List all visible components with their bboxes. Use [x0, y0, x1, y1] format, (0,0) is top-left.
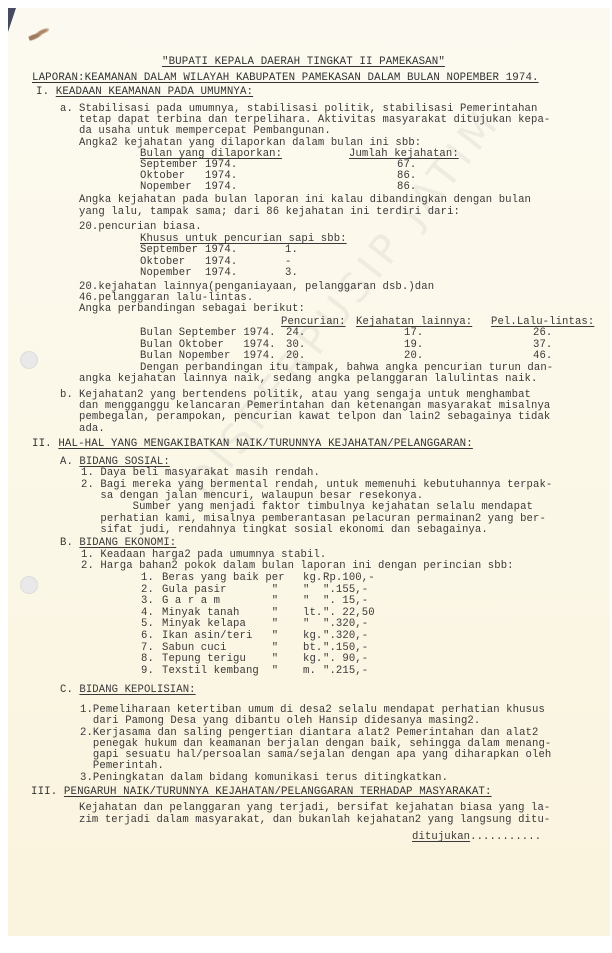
paragraph-line: Pemerintah.	[80, 761, 164, 772]
price-item-unit: kg.	[303, 631, 322, 642]
price-item-name: Gula pasir "	[162, 585, 278, 596]
price-item-value: ".320,-	[323, 619, 368, 630]
section-title: PENGARUH NAIK/TURUNNYA KEJAHATAN/PELANGG…	[64, 786, 492, 798]
table-cell: 17.	[404, 328, 423, 339]
subsection-title: BIDANG EKONOMI:	[79, 537, 176, 549]
document-title: "BUPATI KEPALA DAERAH TINGKAT II PAMEKAS…	[162, 57, 445, 68]
table-cell: 46.	[533, 351, 552, 362]
table-cell: 26.	[533, 328, 552, 339]
price-item-value: ".320,-	[323, 631, 368, 642]
table-cell: Nopember	[140, 268, 192, 279]
table-cell: 20.	[286, 351, 305, 362]
paragraph-line: yang lalu, tampak sama; dari 86 kejahata…	[79, 207, 460, 218]
report-subject: LAPORAN:KEAMANAN DALAM WILAYAH KABUPATEN…	[32, 73, 539, 84]
price-item-value: Rp.100,-	[323, 573, 375, 584]
paragraph-line: zim terjadi dalam masyarakat, dan bukanl…	[79, 815, 550, 826]
continuation-word: ditujukan	[412, 831, 470, 843]
subsection-title: BIDANG KEPOLISIAN:	[79, 684, 195, 696]
section-title: HAL-HAL YANG MENGAKIBATKAN NAIK/TURUNNYA…	[58, 438, 473, 450]
paragraph-line: angka kejahatan lainnya naik, sedang ang…	[79, 374, 537, 385]
item-marker: b.	[60, 390, 73, 401]
subject-text: KEAMANAN DALAM WILAYAH KABUPATEN PAMEKAS…	[85, 72, 539, 84]
price-item-value: ". 22,50	[323, 608, 375, 619]
item-marker: A.	[60, 456, 73, 468]
paragraph-line: Kejahatan dan pelanggaran yang terjadi, …	[79, 803, 550, 814]
section-3-heading: III. PENGARUH NAIK/TURUNNYA KEJAHATAN/PE…	[31, 787, 492, 798]
paragraph-line: ada.	[79, 424, 105, 435]
price-item-value: ". 90,-	[323, 654, 368, 665]
section-number: I.	[36, 86, 49, 98]
section-2-heading: II. HAL-HAL YANG MENGAKIBATKAN NAIK/TURU…	[32, 439, 473, 450]
price-item-name: Beras yang baik per	[162, 573, 285, 584]
table-cell: September	[140, 245, 198, 256]
price-item-number: 8.	[141, 654, 154, 665]
price-item-number: 4.	[141, 608, 154, 619]
table-cell: 3.	[285, 268, 298, 279]
paragraph-line: 1. Daya beli masyarakat masih rendah.	[81, 468, 320, 479]
table-cell: 1974.	[205, 268, 237, 279]
price-item-name: Minyak tanah "	[162, 608, 278, 619]
table-cell: 86.	[397, 182, 416, 193]
price-item-unit: m.	[303, 666, 322, 677]
price-item-unit: "	[303, 596, 316, 607]
table-cell: Nopember	[140, 182, 192, 193]
section-number: III.	[31, 786, 57, 798]
item-marker: B.	[60, 537, 73, 549]
section-1-heading: I. KEADAAN KEAMANAN PADA UMUMNYA:	[36, 87, 253, 98]
price-item-number: 5.	[141, 619, 154, 630]
price-item-name: Sabun cuci "	[162, 643, 278, 654]
paragraph-line: 20.pencurian biasa.	[79, 222, 202, 233]
table-cell: 1.	[285, 245, 298, 256]
table-cell: 1974.	[205, 182, 237, 193]
paragraph-line: 3.Peningkatan dalam bidang komunikasi te…	[80, 773, 448, 784]
paragraph-line: Angka kejahatan pada bulan laporan ini k…	[79, 195, 531, 206]
price-item-value: ".155,-	[323, 585, 368, 596]
section-title: KEADAAN KEAMANAN PADA UMUMNYA:	[56, 86, 253, 98]
price-item-number: 3.	[141, 596, 154, 607]
price-item-unit: kg.	[303, 654, 322, 665]
item-marker: a.	[60, 104, 73, 115]
paragraph-line: 2. Harga bahan2 pokok dalam bulan lapora…	[81, 561, 514, 572]
paragraph-line: dari Pamong Desa yang dibantu oleh Hansi…	[80, 716, 480, 727]
price-item-value: ". 15,-	[323, 596, 368, 607]
table-cell: Bulan Nopember 1974.	[140, 351, 276, 362]
subsection-kepolisian: C. BIDANG KEPOLISIAN:	[60, 685, 196, 696]
table-cell: Bulan September 1974.	[140, 328, 276, 339]
price-item-number: 9.	[141, 666, 154, 677]
continuation-dots: ...........	[470, 831, 541, 843]
paragraph-line: da usaha untuk mempercepat Pembangunan.	[79, 126, 331, 137]
subject-label: LAPORAN:	[32, 72, 85, 84]
table-cell: 24.	[286, 328, 305, 339]
continuation-note: ditujukan...........	[412, 832, 541, 843]
paragraph-line: pembegalan, perampokan, pencurian kawat …	[79, 412, 550, 423]
price-item-name: Ikan asin/teri "	[162, 631, 278, 642]
paragraph-line: Sumber yang menjadi faktor timbulnya kej…	[81, 502, 533, 513]
price-item-unit: "	[303, 585, 316, 596]
price-item-number: 7.	[141, 643, 154, 654]
price-item-name: Texstil kembang "	[162, 666, 278, 677]
punch-hole-icon	[20, 351, 38, 369]
price-item-number: 1.	[141, 573, 154, 584]
price-item-name: Minyak kelapa "	[162, 619, 278, 630]
price-item-unit: lt.	[303, 608, 322, 619]
price-item-name: G a r a m "	[162, 596, 278, 607]
table-cell: 20.	[404, 351, 423, 362]
ink-smudge	[27, 26, 50, 42]
item-marker: C.	[60, 684, 73, 696]
table-cell: 1974.	[205, 245, 237, 256]
price-item-value: ".150,-	[323, 643, 368, 654]
price-item-unit: bt.	[303, 643, 322, 654]
subsection-ekonomi: B. BIDANG EKONOMI:	[60, 538, 176, 549]
price-item-value: ".215,-	[323, 666, 368, 677]
punch-hole-icon	[20, 576, 38, 594]
paragraph-line: Angka perbandingan sebagai berikut:	[79, 304, 305, 315]
section-number: II.	[32, 438, 52, 450]
paragraph-line: sifat judi, rendahnya tingkat sosial eko…	[81, 525, 488, 536]
price-item-number: 2.	[141, 585, 154, 596]
corner-tab	[8, 8, 16, 32]
price-item-unit: kg.	[303, 573, 322, 584]
price-item-name: Tepung terigu "	[162, 654, 278, 665]
price-item-number: 6.	[141, 631, 154, 642]
price-item-unit: "	[303, 619, 316, 630]
